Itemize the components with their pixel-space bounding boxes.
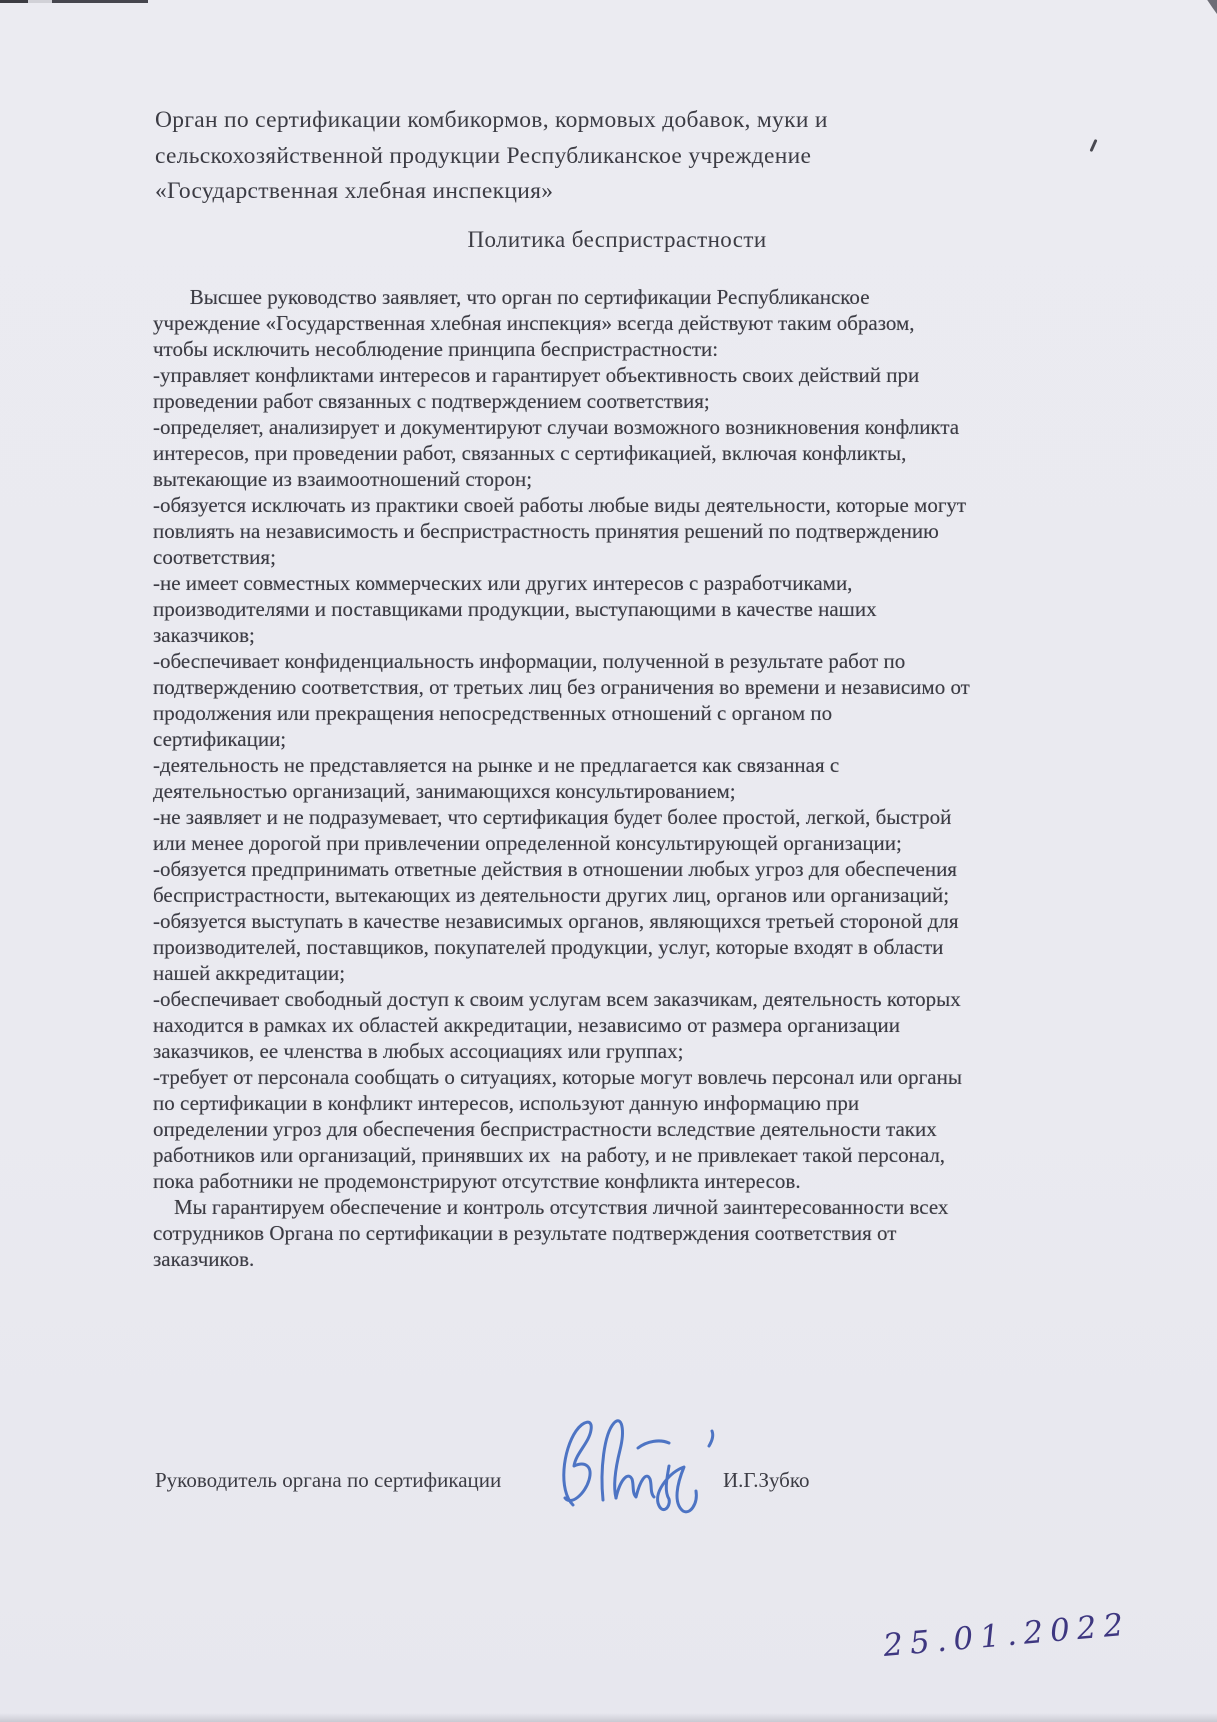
body-line: определении угроз для обеспечения беспри… [153,1116,1098,1142]
scan-artifact-bottom-edge [0,1713,1217,1722]
body-line: повлиять на независимость и беспристраст… [153,518,1098,544]
body-line: по сертификации в конфликт интересов, ис… [153,1090,1098,1116]
scan-artifact-corner [1202,0,1217,14]
body-line: производителей, поставщиков, покупателей… [153,934,1098,960]
body-line: или менее дорогой при привлечении опреде… [153,830,1098,856]
body-line: учреждение «Государственная хлебная инсп… [153,310,1098,336]
signatory-title: Руководитель органа по сертификации [155,1468,501,1493]
header-line: «Государственная хлебная инспекция» [155,174,1055,210]
handwritten-date: 25.01.2022 [882,1608,1114,1664]
organization-header: Орган по сертификации комбикормов, кормо… [155,103,1055,210]
body-line: продолжения или прекращения непосредстве… [153,700,1098,726]
body-line: -не заявляет и не подразумевает, что сер… [153,804,1098,830]
body-line: соответствия; [153,544,1098,570]
scan-artifact-speck [1089,139,1097,152]
body-line: работников или организаций, принявших их… [153,1142,1098,1168]
body-line: сертификации; [153,726,1098,752]
document-title: Политика беспристрастности [152,227,1082,253]
body-line: заказчиков; [153,622,1098,648]
scan-artifact-top-edge [0,0,148,3]
body-line: беспристрастности, вытекающих из деятель… [153,882,1098,908]
body-line: -обеспечивает свободный доступ к своим у… [153,986,1098,1012]
body-line: нашей аккредитации; [153,960,1098,986]
body-line: интересов, при проведении работ, связанн… [153,440,1098,466]
body-line: -требует от персонала сообщать о ситуаци… [153,1064,1098,1090]
body-line: подтверждению соответствия, от третьих л… [153,674,1098,700]
body-line: пока работники не продемонстрируют отсут… [153,1168,1098,1194]
body-line: -обязуется предпринимать ответные действ… [153,856,1098,882]
body-line: -обеспечивает конфиденциальность информа… [153,648,1098,674]
body-line: -обязуется выступать в качестве независи… [153,908,1098,934]
body-line: -управляет конфликтами интересов и гаран… [153,362,1098,388]
body-line: заказчиков. [153,1246,1098,1272]
body-line: Мы гарантируем обеспечение и контроль от… [153,1194,1098,1220]
body-line: -обязуется исключать из практики своей р… [153,492,1098,518]
body-line: -не имеет совместных коммерческих или др… [153,570,1098,596]
body-line: вытекающие из взаимоотношений сторон; [153,466,1098,492]
header-line: сельскохозяйственной продукции Республик… [155,139,1055,175]
signature-ink [543,1408,723,1523]
body-line: находится в рамках их областей аккредита… [153,1012,1098,1038]
signatory-name: И.Г.Зубко [723,1468,810,1493]
body-line: деятельностью организаций, занимающихся … [153,778,1098,804]
body-line: проведении работ связанных с подтвержден… [153,388,1098,414]
body-line: чтобы исключить несоблюдение принципа бе… [153,336,1098,362]
header-line: Орган по сертификации комбикормов, кормо… [155,103,1055,139]
body-line: -деятельность не представляется на рынке… [153,752,1098,778]
policy-body-text: Высшее руководство заявляет, что орган п… [153,284,1098,1272]
body-line: сотрудников Органа по сертификации в рез… [153,1220,1098,1246]
body-line: производителями и поставщиками продукции… [153,596,1098,622]
signature-row: Руководитель органа по сертификации И.Г.… [155,1466,1095,1586]
body-line: -определяет, анализирует и документируют… [153,414,1098,440]
scanned-document-page: Орган по сертификации комбикормов, кормо… [0,0,1217,1722]
body-line: заказчиков, ее членства в любых ассоциац… [153,1038,1098,1064]
body-line: Высшее руководство заявляет, что орган п… [153,284,1098,310]
